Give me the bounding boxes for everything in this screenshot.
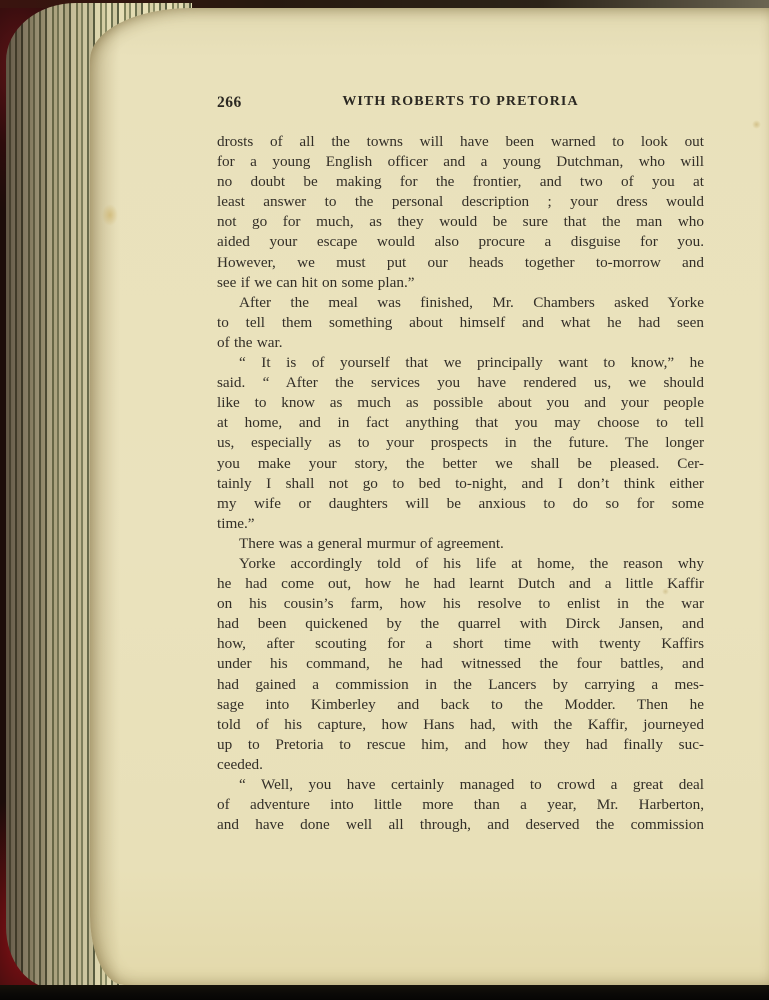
paragraph: Yorke accordingly told of his life at ho… xyxy=(217,554,704,775)
table-shadow-strip xyxy=(0,985,769,1000)
text-line: for a young English officer and a young … xyxy=(217,152,704,172)
paragraph: “ Well, you have certainly managed to cr… xyxy=(217,775,704,835)
text-line: he had come out, how he had learnt Dutch… xyxy=(217,574,704,594)
text-line: how, after scouting for a short time wit… xyxy=(217,634,704,654)
text-line: “ It is of yourself that we principally … xyxy=(217,353,704,373)
text-line: tainly I shall not go to bed to-night, a… xyxy=(217,474,704,494)
text-line: aided your escape would also procure a d… xyxy=(217,232,704,252)
text-line: to tell them something about himself and… xyxy=(217,313,704,333)
text-line: had been quickened by the quarrel with D… xyxy=(217,614,704,634)
paragraph: drosts of all the towns will have been w… xyxy=(217,132,704,293)
text-line: and have done well all through, and dese… xyxy=(217,815,704,835)
text-line: like to know as much as possible about y… xyxy=(217,393,704,413)
text-line: us, especially as to your prospects in t… xyxy=(217,433,704,453)
page-header: 266 WITH ROBERTS TO PRETORIA xyxy=(217,94,704,116)
paragraph: There was a general murmur of agreement. xyxy=(217,534,704,554)
running-title: WITH ROBERTS TO PRETORIA xyxy=(217,94,704,110)
book-page: 266 WITH ROBERTS TO PRETORIA drosts of a… xyxy=(90,8,769,985)
text-line: see if we can hit on some plan.” xyxy=(217,273,704,293)
text-line: Yorke accordingly told of his life at ho… xyxy=(217,554,704,574)
text-line: on his cousin’s farm, how his resolve to… xyxy=(217,594,704,614)
scanned-book-photo: 266 WITH ROBERTS TO PRETORIA drosts of a… xyxy=(0,0,769,1000)
text-line: time.” xyxy=(217,514,704,534)
text-line: sage into Kimberley and back to the Modd… xyxy=(217,695,704,715)
text-line: of the war. xyxy=(217,333,704,353)
text-line: of adventure into little more than a yea… xyxy=(217,795,704,815)
text-line: my wife or daughters will be anxious to … xyxy=(217,494,704,514)
foxing-spot xyxy=(752,120,761,129)
text-line: “ Well, you have certainly managed to cr… xyxy=(217,775,704,795)
text-line: After the meal was finished, Mr. Chamber… xyxy=(217,293,704,313)
text-line: drosts of all the towns will have been w… xyxy=(217,132,704,152)
text-line: at home, and in fact anything that you m… xyxy=(217,413,704,433)
text-block: drosts of all the towns will have been w… xyxy=(217,132,704,835)
text-line: However, we must put our heads together … xyxy=(217,253,704,273)
page-content: 266 WITH ROBERTS TO PRETORIA drosts of a… xyxy=(217,94,704,835)
text-line: told of his capture, how Hans had, with … xyxy=(217,715,704,735)
paragraph: After the meal was finished, Mr. Chamber… xyxy=(217,293,704,353)
paragraph: “ It is of yourself that we principally … xyxy=(217,353,704,534)
text-line: under his command, he had witnessed the … xyxy=(217,654,704,674)
foxing-spot xyxy=(102,204,118,226)
text-line: you make your story, the better we shall… xyxy=(217,454,704,474)
text-line: least answer to the personal description… xyxy=(217,192,704,212)
text-line: said. “ After the services you have rend… xyxy=(217,373,704,393)
text-line: no doubt be making for the frontier, and… xyxy=(217,172,704,192)
text-line: There was a general murmur of agreement. xyxy=(217,534,704,554)
text-line: up to Pretoria to rescue him, and how th… xyxy=(217,735,704,755)
text-line: not go for much, as they would be sure t… xyxy=(217,212,704,232)
text-line: ceeded. xyxy=(217,755,704,775)
text-line: had gained a commission in the Lancers b… xyxy=(217,675,704,695)
